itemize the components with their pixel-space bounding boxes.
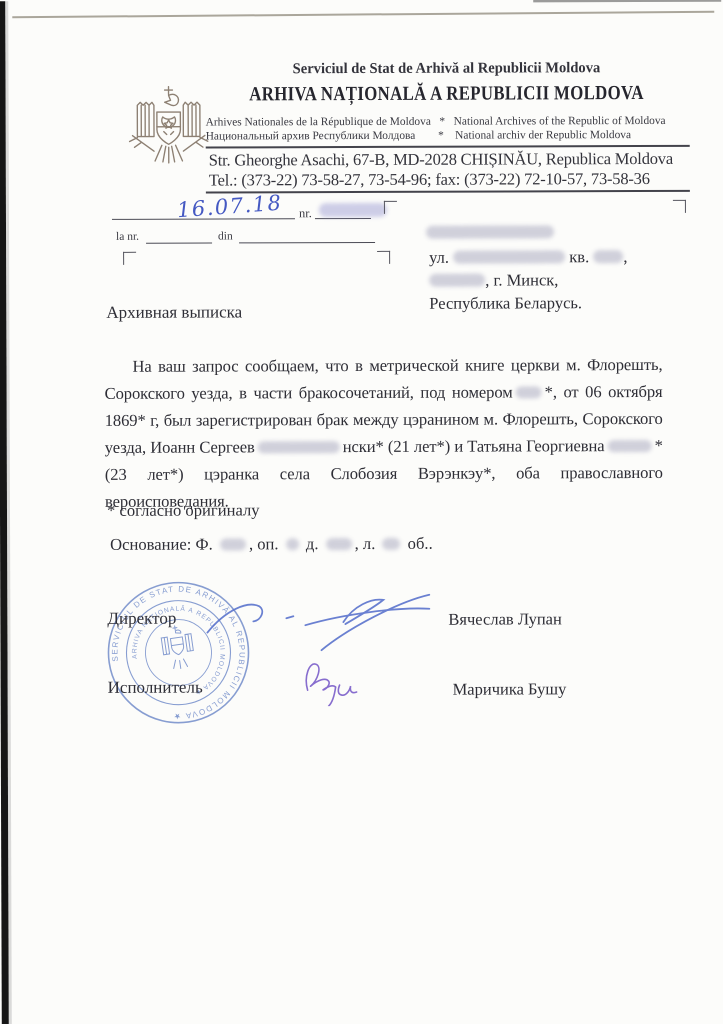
din-underline (239, 242, 375, 243)
director-signature (193, 580, 483, 661)
redacted-recipient-name (426, 225, 554, 238)
redacted-file-number (326, 538, 352, 550)
city-text: , г. Минск, (485, 270, 558, 289)
reference-frame-corner-right (377, 251, 390, 264)
executor-name: Маричика Бушу (453, 679, 567, 699)
director-name: Вячеслав Лупан (448, 609, 562, 629)
din-label: din (218, 230, 233, 242)
basis-text-1: Основание: Ф. (110, 535, 213, 554)
moldova-coat-of-arms-icon (125, 85, 213, 173)
redacted-groom-surname (258, 441, 340, 453)
scan-top-line (12, 11, 714, 18)
redacted-postcode (429, 274, 485, 287)
recipient-country-line: Республика Беларусь. (429, 293, 582, 314)
address-frame-corner-left (384, 201, 397, 214)
director-label: Директор (107, 609, 176, 629)
basis-line: Основание: Ф. , оп. д. , л. об.. (110, 534, 433, 555)
document-title: Архивная выписка (106, 302, 242, 322)
recipient-city-line: , г. Минск, (429, 270, 558, 290)
redacted-sheet-number (382, 538, 400, 550)
redacted-fund-number (220, 538, 246, 550)
letterhead-divider-top (206, 145, 690, 149)
footnote: * согласно оригиналу (107, 500, 260, 521)
recipient-street-line: ул. кв. , (429, 247, 627, 268)
scan-top-right-edge (533, 0, 721, 2)
street-label: ул. (429, 248, 449, 267)
body-paragraph: На ваш запрос сообщаем, что в метрическо… (104, 351, 663, 515)
paper-sheet: Serviciul de Stat de Arhivă al Republici… (0, 0, 723, 1024)
state-service-title: Serviciul de Stat de Arhivă al Republici… (206, 60, 687, 79)
redacted-bride-surname (608, 440, 652, 452)
redacted-inventory-number (286, 538, 299, 550)
scanned-letter-page: Serviciul de Stat de Arhivă al Republici… (0, 0, 723, 1024)
redacted-record-number (516, 386, 542, 398)
redacted-street (453, 250, 565, 263)
letterhead-phone-fax: Tel.: (373-22) 73-58-27, 73-54-96; fax: … (209, 169, 650, 191)
la-nr-underline (146, 243, 212, 244)
la-nr-label: la nr. (116, 231, 139, 243)
redacted-outgoing-number (319, 203, 387, 217)
stamp-center-coat-of-arms-icon (160, 624, 196, 671)
line-tail: , (623, 247, 627, 266)
basis-text-3: д. (306, 534, 319, 553)
subtitle-fr-en: Arhives Nationales de la République de M… (206, 115, 666, 129)
redacted-apartment (593, 250, 623, 263)
basis-text-4: , л. (355, 534, 376, 553)
nr-underline (315, 218, 371, 219)
nr-label: nr. (299, 206, 312, 221)
executor-label: Исполнитель (108, 678, 203, 698)
address-frame-corner-right (673, 200, 686, 213)
subtitle-ru-de: Национальный архив Республики Молдова * … (206, 129, 631, 142)
organization-name: ARHIVA NAȚIONALĂ A REPUBLICII MOLDOVA (238, 82, 655, 106)
basis-text-2: , оп. (249, 534, 279, 553)
letterhead-address: Str. Gheorghe Asachi, 67-B, MD-2028 CHIȘ… (209, 149, 673, 171)
apartment-label: кв. (569, 247, 589, 266)
body-text-3: нски* (21 лет*) и Татьяна Георгиевна (343, 436, 605, 456)
basis-text-5: об.. (408, 534, 433, 553)
executor-signature (298, 656, 370, 706)
reference-frame-corner-left (123, 252, 136, 265)
